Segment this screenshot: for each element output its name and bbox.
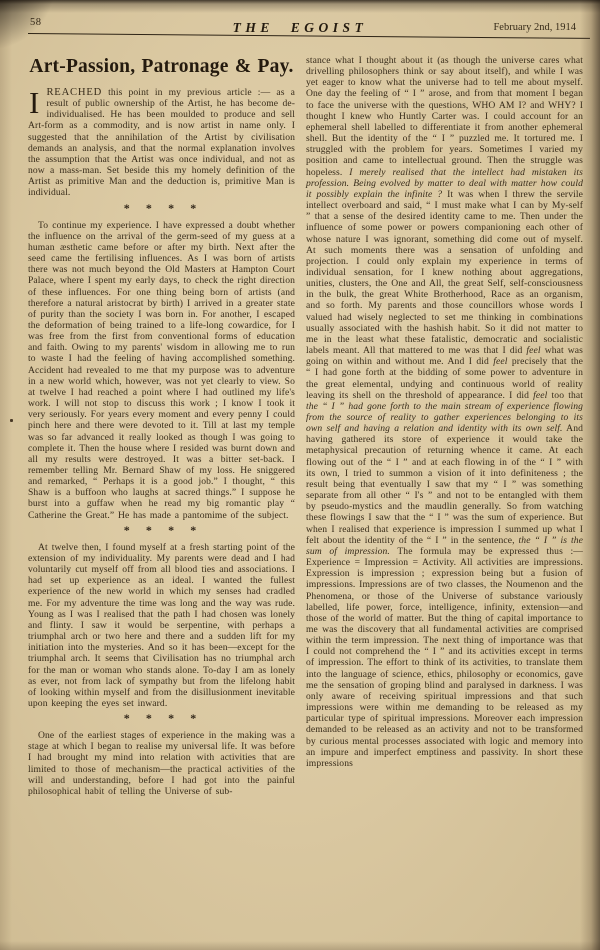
lead-in-word: REACHED: [46, 87, 102, 98]
paragraph-opening: IREACHED this point in my previous artic…: [28, 87, 295, 199]
paragraph-text: this point in my previous article :— as …: [28, 87, 295, 198]
asterisk-separator: * * * *: [31, 714, 295, 723]
paragraph: At twelve then, I found myself at a fres…: [28, 542, 295, 709]
article-body: Art-Passion, Patronage & Pay. IREACHED t…: [0, 52, 600, 797]
paragraph: One of the earliest stages of experience…: [28, 730, 295, 797]
page-header: 58 THE EGOIST February 2nd, 1914: [0, 0, 600, 46]
asterisk-separator: * * * *: [31, 204, 295, 213]
drop-cap: I: [28, 87, 46, 119]
issue-date: February 2nd, 1914: [493, 22, 576, 33]
article-title: Art-Passion, Patronage & Pay.: [28, 55, 295, 79]
magazine-page-scan: 58 THE EGOIST February 2nd, 1914 Art-Pas…: [0, 0, 600, 950]
paper-speck: [10, 419, 13, 422]
paragraph: To continue my experience. I have expres…: [28, 220, 295, 521]
left-column: Art-Passion, Patronage & Pay. IREACHED t…: [28, 52, 295, 797]
right-column: stance what I thought about it (as thoug…: [306, 52, 583, 797]
continued-paragraph: stance what I thought about it (as thoug…: [306, 55, 583, 769]
asterisk-separator: * * * *: [31, 526, 295, 535]
